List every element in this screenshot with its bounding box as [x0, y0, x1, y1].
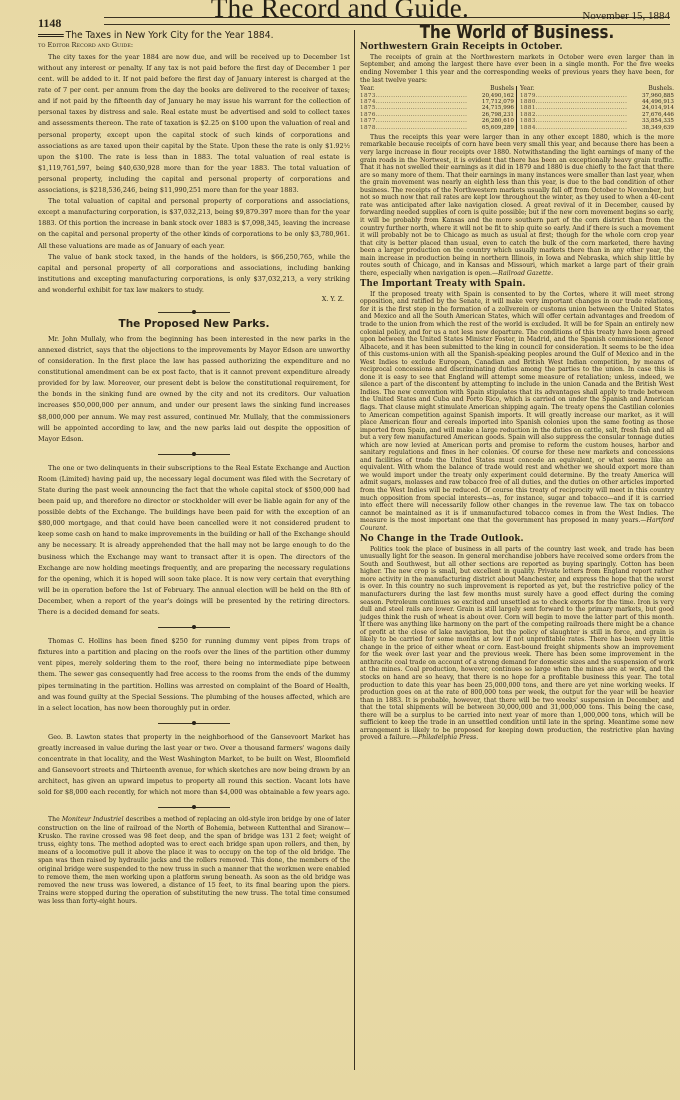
article-exchange: The one or two delinquents in their subs…	[38, 463, 350, 618]
article-moniteur: The Moniteur Industriel describes a meth…	[38, 816, 350, 906]
body-text: describes a method of replacing an old-s…	[38, 816, 350, 905]
publication-name: Moniteur Industriel	[62, 816, 124, 823]
heading-text: The Taxes in New York City for the Year …	[66, 30, 274, 41]
heading-rule	[38, 34, 64, 37]
lead-text: The	[48, 816, 62, 823]
section-divider-ornament	[38, 801, 350, 813]
letter-address: to Editor Record and Guide:	[38, 42, 350, 49]
article-lawton: Geo. B. Lawton states that property in t…	[38, 732, 350, 799]
body-text: If the proposed treaty with Spain is con…	[360, 291, 674, 524]
bushels-cell: 37,960,885	[639, 93, 674, 99]
section-title: The World of Business.	[382, 30, 652, 37]
section-divider-ornament	[38, 621, 350, 633]
newspaper-title: The Record and Guide.	[0, 0, 680, 24]
section-divider-ornament	[38, 448, 350, 460]
issue-date: November 15, 1884	[582, 10, 670, 22]
article-spain: The Important Treaty with Spain. If the …	[360, 280, 674, 532]
bushels-cell: 26,280,610	[478, 118, 516, 124]
article-hollins: Thomas C. Hollins has been fined $250 fo…	[38, 636, 350, 714]
article-paragraph: Mr. John Mullaly, who from the beginning…	[38, 334, 350, 445]
article-heading: No Change in the Trade Outlook.	[360, 535, 643, 542]
article-paragraph: If the proposed treaty with Spain is con…	[360, 291, 674, 533]
bushels-cell: 24,715,996	[478, 105, 516, 111]
article-grain: Northwestern Grain Receipts in October. …	[360, 43, 674, 277]
article-heading: The Taxes in New York City for the Year …	[38, 32, 325, 39]
left-column: The Taxes in New York City for the Year …	[38, 30, 350, 907]
right-column: The World of Business. Northwestern Grai…	[360, 30, 674, 742]
year-cell: 1875....................................…	[360, 105, 478, 111]
grain-receipts-table: Year. Bushels Year. Bushels. 1873.......…	[360, 86, 674, 131]
column-divider	[354, 30, 355, 1070]
article-paragraph: The Moniteur Industriel describes a meth…	[38, 816, 350, 906]
article-heading: The Proposed New Parks.	[38, 321, 350, 328]
article-paragraph: The city taxes for the year 1884 are now…	[38, 52, 350, 196]
page-number: 1148	[38, 16, 61, 31]
bushels-cell: 65,609,289	[478, 125, 516, 131]
article-heading: Northwestern Grain Receipts in October.	[360, 43, 643, 50]
article-paragraph: Politics took the place of business in a…	[360, 546, 674, 742]
article-paragraph: The value of bank stock taxed, in the ha…	[38, 252, 350, 296]
article-taxes: The Taxes in New York City for the Year …	[38, 32, 350, 303]
article-parks: The Proposed New Parks. Mr. John Mullaly…	[38, 321, 350, 444]
article-paragraph: Thus the receipts this year were larger …	[360, 134, 674, 277]
body-text: Politics took the place of business in a…	[360, 546, 674, 742]
bushels-cell: 38,349,639	[639, 125, 674, 131]
body-text: Thus the receipts this year were larger …	[360, 134, 674, 277]
source-credit: Philadelphia Press.	[418, 734, 478, 741]
section-divider-ornament	[38, 717, 350, 729]
bushels-cell: 33,854,335	[639, 118, 674, 124]
article-paragraph: The total valuation of capital and perso…	[38, 196, 350, 251]
year-cell: 1884....................................…	[516, 125, 638, 131]
year-cell: 1878....................................…	[360, 125, 478, 131]
table-row: 1878....................................…	[360, 125, 674, 131]
year-cell: 1877....................................…	[360, 118, 478, 124]
article-paragraph: The one or two delinquents in their subs…	[38, 463, 350, 618]
source-credit: Railroad Gazette.	[498, 270, 553, 277]
newspaper-page: The Record and Guide. November 15, 1884 …	[0, 0, 680, 1100]
author-signature: X. Y. Z.	[38, 296, 350, 303]
article-paragraph: The receipts of grain at the Northwester…	[360, 54, 674, 84]
section-divider-ornament	[38, 306, 350, 318]
bushels-cell: 20,490,162	[478, 93, 516, 99]
article-paragraph: Thomas C. Hollins has been fined $250 fo…	[38, 636, 350, 714]
article-paragraph: Geo. B. Lawton states that property in t…	[38, 732, 350, 799]
bushels-cell: 24,014,914	[639, 105, 674, 111]
year-cell: 1873....................................…	[360, 93, 478, 99]
article-trade: No Change in the Trade Outlook. Politics…	[360, 535, 674, 742]
article-heading: The Important Treaty with Spain.	[360, 280, 643, 287]
